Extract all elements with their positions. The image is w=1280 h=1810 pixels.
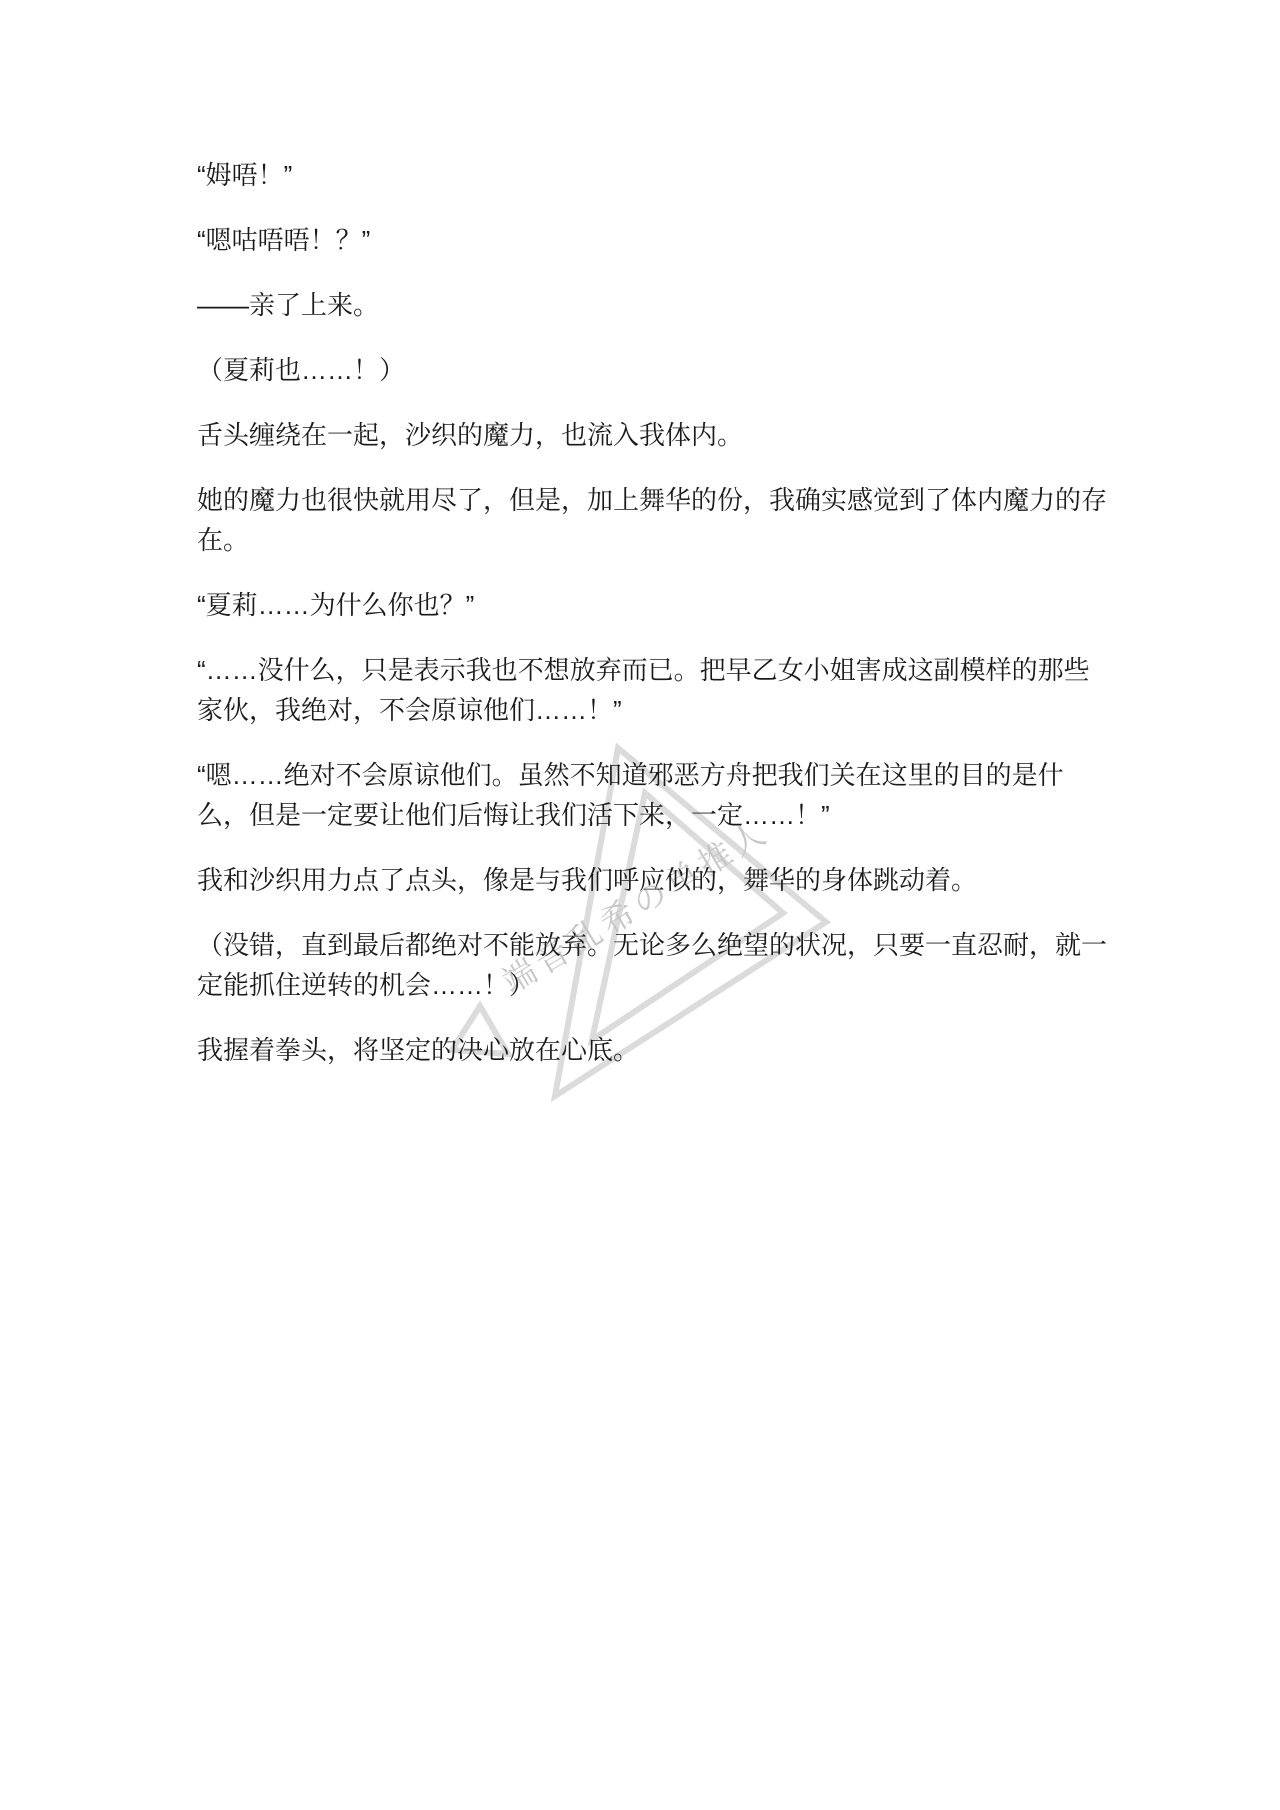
text-line: “姆唔！” [197, 155, 1127, 195]
paragraph: 她的魔力也很快就用尽了，但是，加上舞华的份，我确实感觉到了体内魔力的存在。 [197, 480, 1127, 560]
paragraph: 我握着拳头，将坚定的决心放在心底。 [197, 1030, 1127, 1070]
paragraph: （没错，直到最后都绝对不能放弃。无论多么绝望的状况，只要一直忍耐，就一定能抓住逆… [197, 925, 1127, 1005]
document-page: 端音乱希の单推人 “姆唔！”“嗯咕唔唔！？”——亲了上来。（夏莉也……！）舌头缠… [0, 0, 1280, 1810]
text-line: 定能抓住逆转的机会……！） [197, 965, 1127, 1005]
paragraph: “嗯……绝对不会原谅他们。虽然不知道邪恶方舟把我们关在这里的目的是什么，但是一定… [197, 755, 1127, 835]
text-line: 家伙，我绝对，不会原谅他们……！” [197, 690, 1127, 730]
text-line: 在。 [197, 520, 1127, 560]
text-line: “夏莉……为什么你也？” [197, 585, 1127, 625]
text-line: （夏莉也……！） [197, 350, 1127, 390]
paragraph: “姆唔！” [197, 155, 1127, 195]
text-line: 她的魔力也很快就用尽了，但是，加上舞华的份，我确实感觉到了体内魔力的存 [197, 480, 1127, 520]
text-line: 我握着拳头，将坚定的决心放在心底。 [197, 1030, 1127, 1070]
text-line: “嗯……绝对不会原谅他们。虽然不知道邪恶方舟把我们关在这里的目的是什 [197, 755, 1127, 795]
text-line: 我和沙织用力点了点头，像是与我们呼应似的，舞华的身体跳动着。 [197, 860, 1127, 900]
paragraph: “嗯咕唔唔！？” [197, 220, 1127, 260]
text-line: ——亲了上来。 [197, 285, 1127, 325]
paragraph: （夏莉也……！） [197, 350, 1127, 390]
text-content: “姆唔！”“嗯咕唔唔！？”——亲了上来。（夏莉也……！）舌头缠绕在一起，沙织的魔… [197, 155, 1127, 1095]
paragraph: 我和沙织用力点了点头，像是与我们呼应似的，舞华的身体跳动着。 [197, 860, 1127, 900]
text-line: “……没什么，只是表示我也不想放弃而已。把早乙女小姐害成这副模样的那些 [197, 650, 1127, 690]
paragraph: 舌头缠绕在一起，沙织的魔力，也流入我体内。 [197, 415, 1127, 455]
text-line: 么，但是一定要让他们后悔让我们活下来，一定……！” [197, 795, 1127, 835]
paragraph: “……没什么，只是表示我也不想放弃而已。把早乙女小姐害成这副模样的那些家伙，我绝… [197, 650, 1127, 730]
paragraph: ——亲了上来。 [197, 285, 1127, 325]
text-line: 舌头缠绕在一起，沙织的魔力，也流入我体内。 [197, 415, 1127, 455]
text-line: （没错，直到最后都绝对不能放弃。无论多么绝望的状况，只要一直忍耐，就一 [197, 925, 1127, 965]
paragraph: “夏莉……为什么你也？” [197, 585, 1127, 625]
text-line: “嗯咕唔唔！？” [197, 220, 1127, 260]
